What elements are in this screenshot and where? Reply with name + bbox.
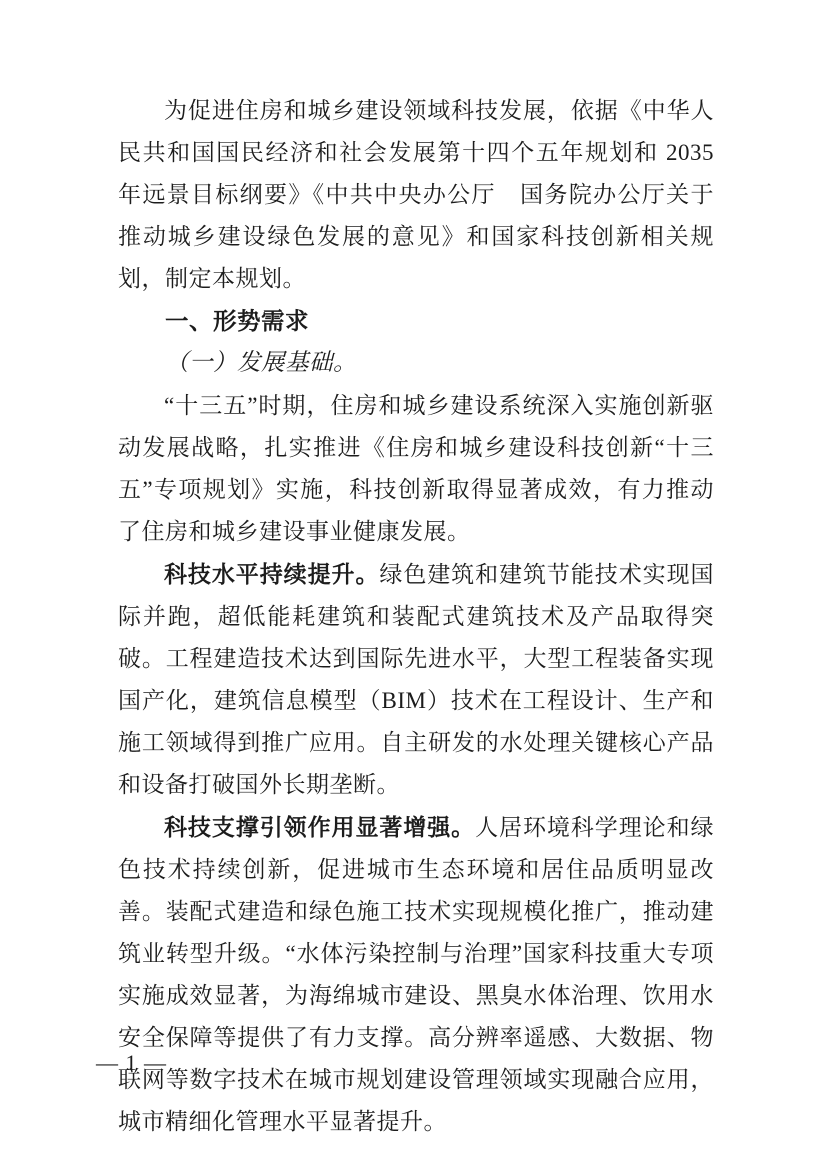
intro-paragraph: 为促进住房和城乡建设领域科技发展，依据《中华人民共和国国民经济和社会发展第十四个… — [118, 90, 714, 300]
subsection-heading: （一）发展基础。 — [118, 342, 714, 384]
paragraph-lead: 科技水平持续提升。 — [164, 561, 379, 587]
page-number: — 1 — — [96, 1048, 167, 1078]
section-heading: 一、形势需求 — [118, 300, 714, 342]
paragraph-lead: 科技支撑引领作用显著增强。 — [164, 814, 475, 840]
paragraph: 科技支撑引领作用显著增强。人居环境科学理论和绿色技术持续创新，促进城市生态环境和… — [118, 806, 714, 1143]
paragraph-text: 绿色建筑和建筑节能技术实现国际并跑，超低能耗建筑和装配式建筑技术及产品取得突破。… — [118, 562, 714, 797]
paragraph-text: 人居环境科学理论和绿色技术持续创新，促进城市生态环境和居住品质明显改善。装配式建… — [118, 815, 714, 1134]
document-page: 为促进住房和城乡建设领域科技发展，依据《中华人民共和国国民经济和社会发展第十四个… — [0, 0, 827, 1170]
paragraph: “十三五”时期，住房和城乡建设系统深入实施创新驱动发展战略，扎实推进《住房和城乡… — [118, 384, 714, 553]
paragraph-text: “十三五”时期，住房和城乡建设系统深入实施创新驱动发展战略，扎实推进《住房和城乡… — [118, 393, 714, 544]
paragraph: 科技水平持续提升。绿色建筑和建筑节能技术实现国际并跑，超低能耗建筑和装配式建筑技… — [118, 553, 714, 806]
document-body: 为促进住房和城乡建设领域科技发展，依据《中华人民共和国国民经济和社会发展第十四个… — [118, 90, 714, 1143]
